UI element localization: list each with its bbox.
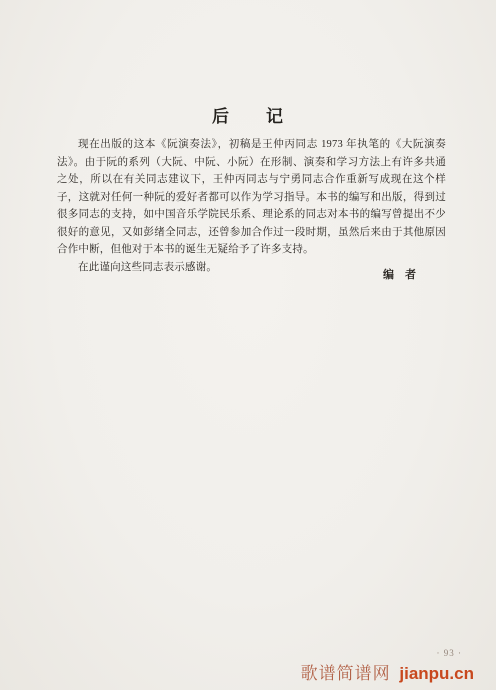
afterword-paragraph-1: 现在出版的这本《阮演奏法》，初稿是王仲丙同志 1973 年执笔的《大阮演奏法》。… bbox=[57, 136, 446, 259]
watermark: 歌谱简谱网 jianpu.cn bbox=[301, 659, 474, 684]
editor-signature: 编 者 bbox=[383, 266, 416, 282]
afterword-body: 现在出版的这本《阮演奏法》，初稿是王仲丙同志 1973 年执笔的《大阮演奏法》。… bbox=[57, 136, 446, 276]
watermark-url: jianpu.cn bbox=[399, 664, 474, 683]
watermark-site-name: 歌谱简谱网 bbox=[301, 664, 391, 683]
book-page: 后 记 现在出版的这本《阮演奏法》，初稿是王仲丙同志 1973 年执笔的《大阮演… bbox=[0, 0, 496, 690]
page-title: 后 记 bbox=[0, 102, 496, 127]
page-number: · 93 · bbox=[437, 648, 463, 658]
